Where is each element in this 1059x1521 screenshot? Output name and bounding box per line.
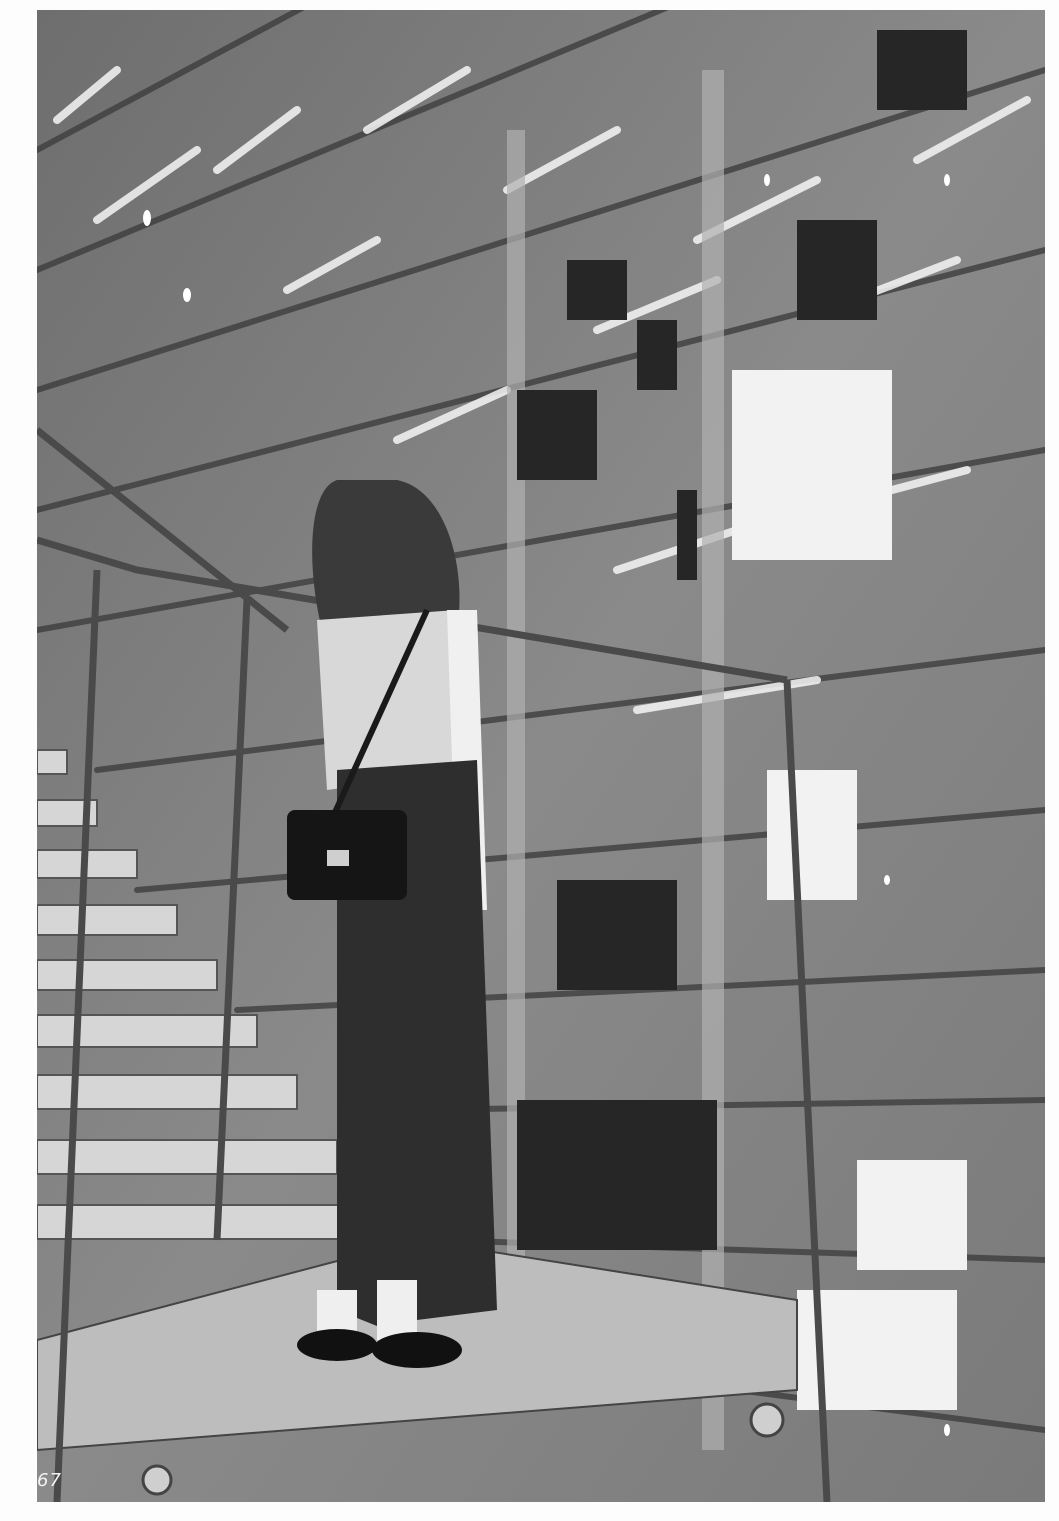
bolt xyxy=(143,1466,171,1494)
page-number: 67 xyxy=(37,1470,62,1491)
bolt xyxy=(751,1404,783,1436)
library-illustration xyxy=(37,10,1045,1502)
